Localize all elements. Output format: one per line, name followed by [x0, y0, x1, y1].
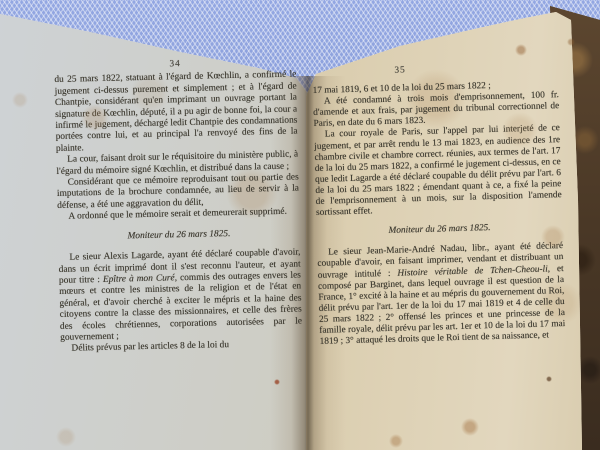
right-page-paragraphs: 17 mai 1819, 6 et 10 de la loi du 25 mar…: [313, 79, 566, 348]
paragraph: La cour royale de Paris, sur l'appel par…: [314, 124, 562, 220]
italic-text-run: Epître à mon Curé: [103, 273, 175, 285]
text-run: La cour royale de Paris, sur l'appel par…: [314, 124, 562, 218]
paragraph: du 25 mars 1822, statuant à l'égard de K…: [54, 70, 298, 155]
paragraph: Le sieur Jean-Marie-André Nadau, libr., …: [317, 241, 566, 348]
paragraph: Le sieur Alexis Lagarde, ayant été décla…: [58, 248, 302, 345]
photo-of-open-book: 34 du 25 mars 1822, statuant à l'égard d…: [0, 0, 600, 450]
text-run: du 25 mars 1822, statuant à l'égard de K…: [54, 70, 297, 154]
right-page-text: 35 17 mai 1819, 6 et 10 de la loi du 25 …: [312, 61, 566, 348]
italic-text-run: Moniteur du 26 mars 1825.: [388, 223, 490, 236]
text-run: Considérant que ce mémoire reproduisant …: [57, 173, 299, 211]
section-heading: Moniteur du 26 mars 1825.: [316, 221, 562, 239]
left-page-paragraphs: du 25 mars 1822, statuant à l'égard de K…: [54, 70, 302, 356]
left-page-text: 34 du 25 mars 1822, statuant à l'égard d…: [54, 57, 303, 356]
section-heading: Moniteur du 26 mars 1825.: [58, 227, 300, 244]
italic-text-run: Moniteur du 26 mars 1825.: [127, 229, 230, 241]
text-run: Délits prévus par les articles 8 de la l…: [71, 340, 229, 354]
